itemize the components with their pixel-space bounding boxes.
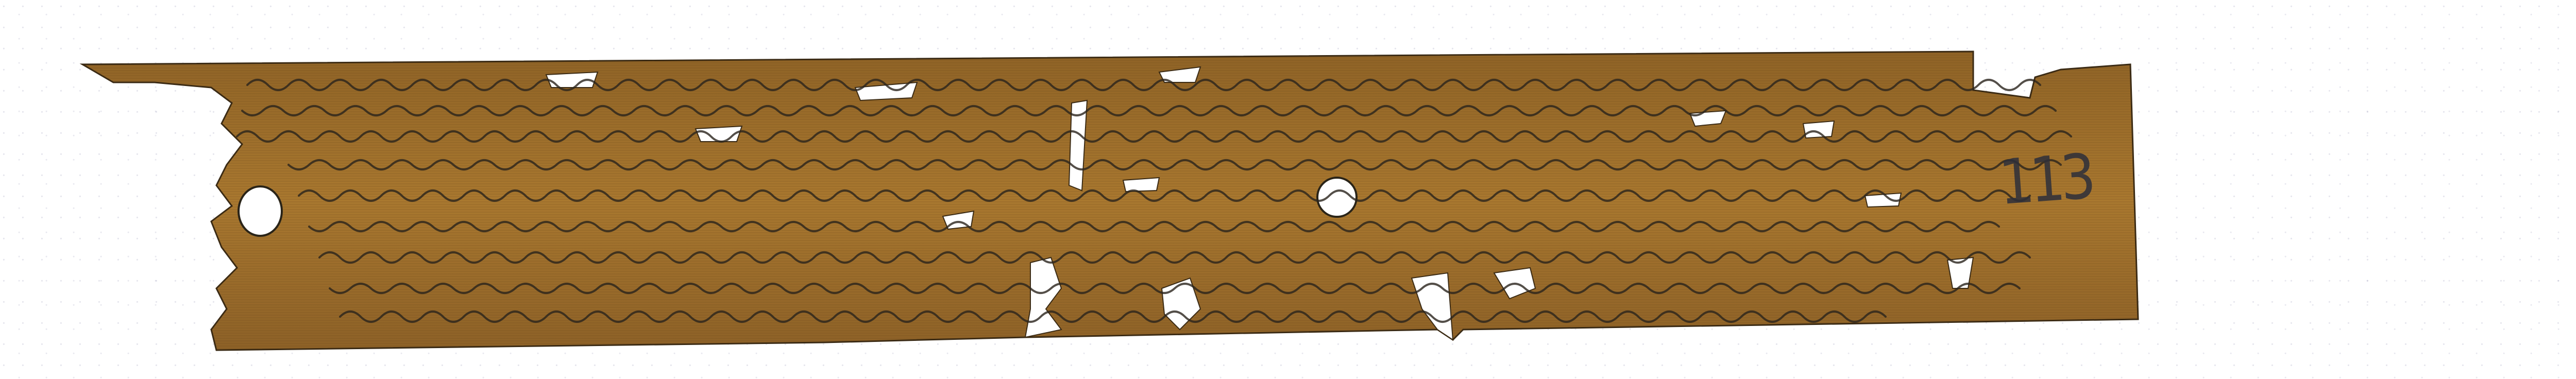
palm-leaf [0,0,2576,379]
binding-hole-left [239,186,282,236]
leaf-annotation-number: 113 [1996,141,2093,219]
